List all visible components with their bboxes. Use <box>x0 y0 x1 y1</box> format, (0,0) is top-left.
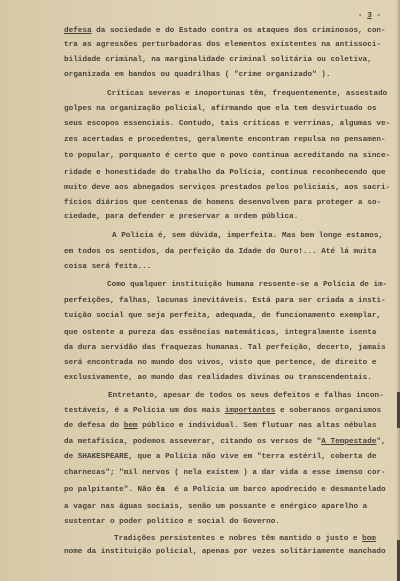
underlined-text: importantes <box>225 407 276 415</box>
text-segment: da sociedade e do Estado contra os ataqu… <box>92 27 386 35</box>
text-line: em todos os sentidos, da perfeição da Id… <box>64 247 376 257</box>
text-segment: da metafísica, podemos asseverar, citand… <box>64 438 321 446</box>
text-segment: de defesa do <box>64 422 124 430</box>
text-line: tra as agressões perturbadoras dos eleme… <box>64 40 381 50</box>
text-segment: público e individual. Sem flutuar nas al… <box>138 422 377 430</box>
underlined-text: bem <box>124 422 138 430</box>
text-line: de defesa do bem público e individual. S… <box>64 421 376 431</box>
text-line: da metafísica, podemos asseverar, citand… <box>64 437 386 447</box>
underlined-title: A Tempestade <box>321 438 376 446</box>
paragraph-first-line: Entretanto, apesar de todos os seus defe… <box>108 391 384 401</box>
text-line: perfeições, falhas, lacunas inevitáveis.… <box>64 296 386 306</box>
text-line: golpes na organização policial, afirmand… <box>64 104 376 114</box>
typewritten-page: - 3 - defesa da sociedade e do Estado co… <box>0 0 400 581</box>
text-line: zes acertadas e procedentes, geralmente … <box>64 135 386 145</box>
text-line: coisa será feita... <box>64 262 151 272</box>
text-segment: testáveis, é a Polícia um dos mais <box>64 407 225 415</box>
paragraph-first-line: Tradições persistentes e nobres têm mant… <box>114 534 376 544</box>
text-segment: é a Polícia um barco apodrecido e desman… <box>165 486 386 494</box>
text-line: sustentar o poder político e social do G… <box>64 517 280 527</box>
text-line: organizada em bandos ou quadrilhas ( "cr… <box>64 70 330 80</box>
text-line: a vagar nas águas sociais, senão um poss… <box>64 502 367 512</box>
underlined-text: bom <box>362 535 376 543</box>
text-line: tuição social que seja perfeita, adequad… <box>64 311 381 321</box>
text-line: será encontrada no mundo dos vivos, vist… <box>64 358 376 368</box>
text-line: exclusivamente, ao mundo das realidades … <box>64 373 372 383</box>
text-line: po palpitante". Não ĕa é a Polícia um ba… <box>64 485 386 495</box>
page-number-dash: - <box>358 12 367 20</box>
text-line: bilidade criminal, na marginalidade crim… <box>64 55 372 65</box>
page-edge-shadow <box>396 0 400 581</box>
paragraph-first-line: A Polícia é, sem dúvida, imperfeita. Mas… <box>112 231 383 241</box>
text-line: defesa da sociedade e do Estado contra o… <box>64 26 386 36</box>
text-line: muito deve aos abnegados serviços presta… <box>64 183 390 193</box>
overtyped-text: ĕa <box>156 486 165 494</box>
underlined-text: defesa <box>64 27 92 35</box>
text-line: ridade e honestidade do trabalho da Polí… <box>64 168 386 178</box>
text-segment: po palpitante". Não <box>64 486 156 494</box>
text-line: nome da instituição policial, apenas por… <box>64 547 386 557</box>
text-line: ciedade, para defender e preservar a ord… <box>64 212 298 222</box>
text-line: da dura servidão das fraquezas humanas. … <box>64 343 386 353</box>
text-line: charnecas"; "mil nervos ( nela existem )… <box>64 468 386 478</box>
text-line: to popular, porquanto é certo que o povo… <box>64 151 390 161</box>
text-line: seus escopos essenciais. Contudo, tais c… <box>64 119 390 129</box>
text-line: de SHAKESPEARE, que a Polícia não vive e… <box>64 452 376 462</box>
paragraph-first-line: Críticas severas e inoportunas têm, freq… <box>107 89 387 99</box>
text-segment: ", <box>376 438 385 446</box>
text-segment: Tradições persistentes e nobres têm mant… <box>114 535 362 543</box>
text-line: que ostente a pureza das essências matem… <box>64 328 376 338</box>
page-number-dash: - <box>372 12 381 20</box>
page-number: - 3 - <box>358 11 381 21</box>
paragraph-first-line: Como qualquer instituição humana ressent… <box>107 280 387 290</box>
text-line: testáveis, é a Polícia um dos mais impor… <box>64 406 381 416</box>
text-line: fícios diários que centenas de homens de… <box>64 198 381 208</box>
text-segment: e soberanos organismos <box>275 407 381 415</box>
